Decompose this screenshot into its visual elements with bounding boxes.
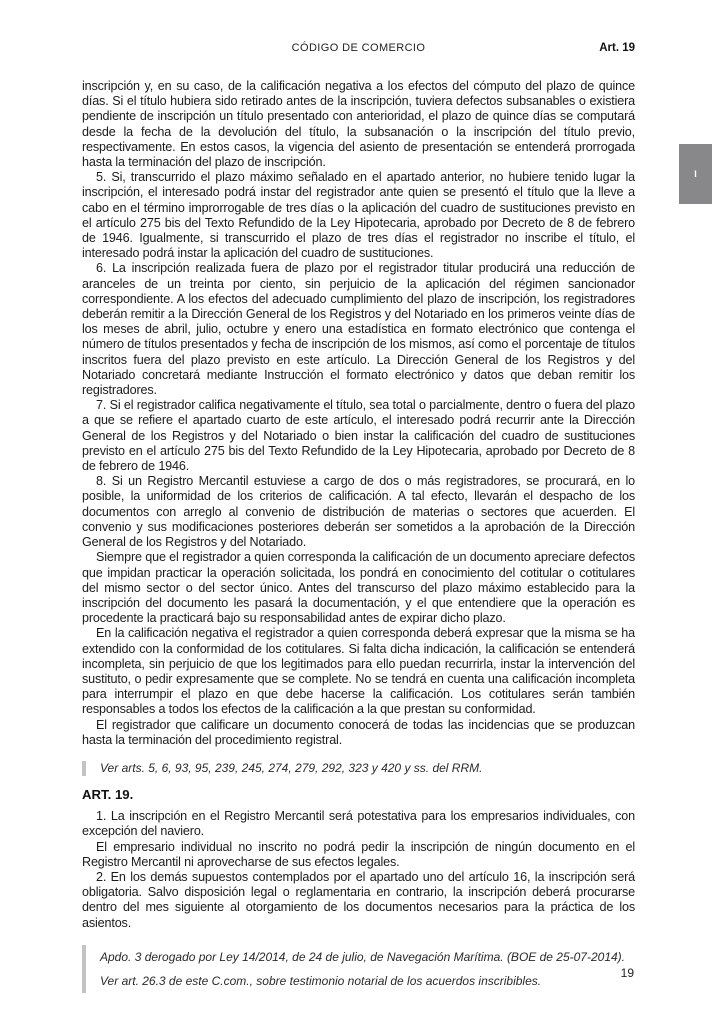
- paragraph-apartado-7: 7. Si el registrador califica negativame…: [82, 398, 635, 474]
- paragraph-apartado-6: 6. La inscripción realizada fuera de pla…: [82, 261, 635, 398]
- paragraph-apartado-2: 2. En los demás supuestos contemplados p…: [82, 870, 635, 931]
- page-header: CÓDIGO DE COMERCIO Art. 19: [82, 42, 635, 56]
- amendment-notes: Apdo. 3 derogado por Ley 14/2014, de 24 …: [82, 945, 635, 993]
- article-heading: ART. 19.: [82, 787, 635, 802]
- note-left-rule: [82, 761, 86, 776]
- page-header-article-ref: Art. 19: [599, 42, 635, 54]
- cross-reference-note-text: Ver arts. 5, 6, 93, 95, 239, 245, 274, 2…: [100, 761, 482, 776]
- paragraph: El registrador que calificare un documen…: [82, 718, 635, 748]
- section-thumb-tab: I: [679, 144, 712, 204]
- paragraph-continuation: inscripción y, en su caso, de la calific…: [82, 79, 635, 170]
- amendment-note-line: Apdo. 3 derogado por Ley 14/2014, de 24 …: [100, 945, 625, 969]
- paragraph-apartado-8: 8. Si un Registro Mercantil estuviese a …: [82, 474, 635, 550]
- paragraph-apartado-5: 5. Si, transcurrido el plazo máximo seña…: [82, 170, 635, 261]
- paragraph: Siempre que el registrador a quien corre…: [82, 550, 635, 626]
- amendment-note-line: Ver art. 26.3 de este C.com., sobre test…: [100, 969, 625, 993]
- paragraph: En la calificación negativa el registrad…: [82, 626, 635, 717]
- cross-reference-note: Ver arts. 5, 6, 93, 95, 239, 245, 274, 2…: [82, 761, 635, 776]
- section-thumb-tab-label: I: [694, 169, 697, 179]
- document-page: CÓDIGO DE COMERCIO Art. 19 I inscripción…: [0, 0, 715, 1010]
- note-left-rule: [82, 945, 86, 993]
- page-header-title: CÓDIGO DE COMERCIO: [82, 42, 635, 54]
- page-body: inscripción y, en su caso, de la calific…: [82, 79, 635, 1004]
- paragraph: El empresario individual no inscrito no …: [82, 840, 635, 870]
- page-number: 19: [621, 966, 634, 980]
- amendment-notes-lines: Apdo. 3 derogado por Ley 14/2014, de 24 …: [100, 945, 625, 993]
- paragraph-apartado-1: 1. La inscripción en el Registro Mercant…: [82, 809, 635, 839]
